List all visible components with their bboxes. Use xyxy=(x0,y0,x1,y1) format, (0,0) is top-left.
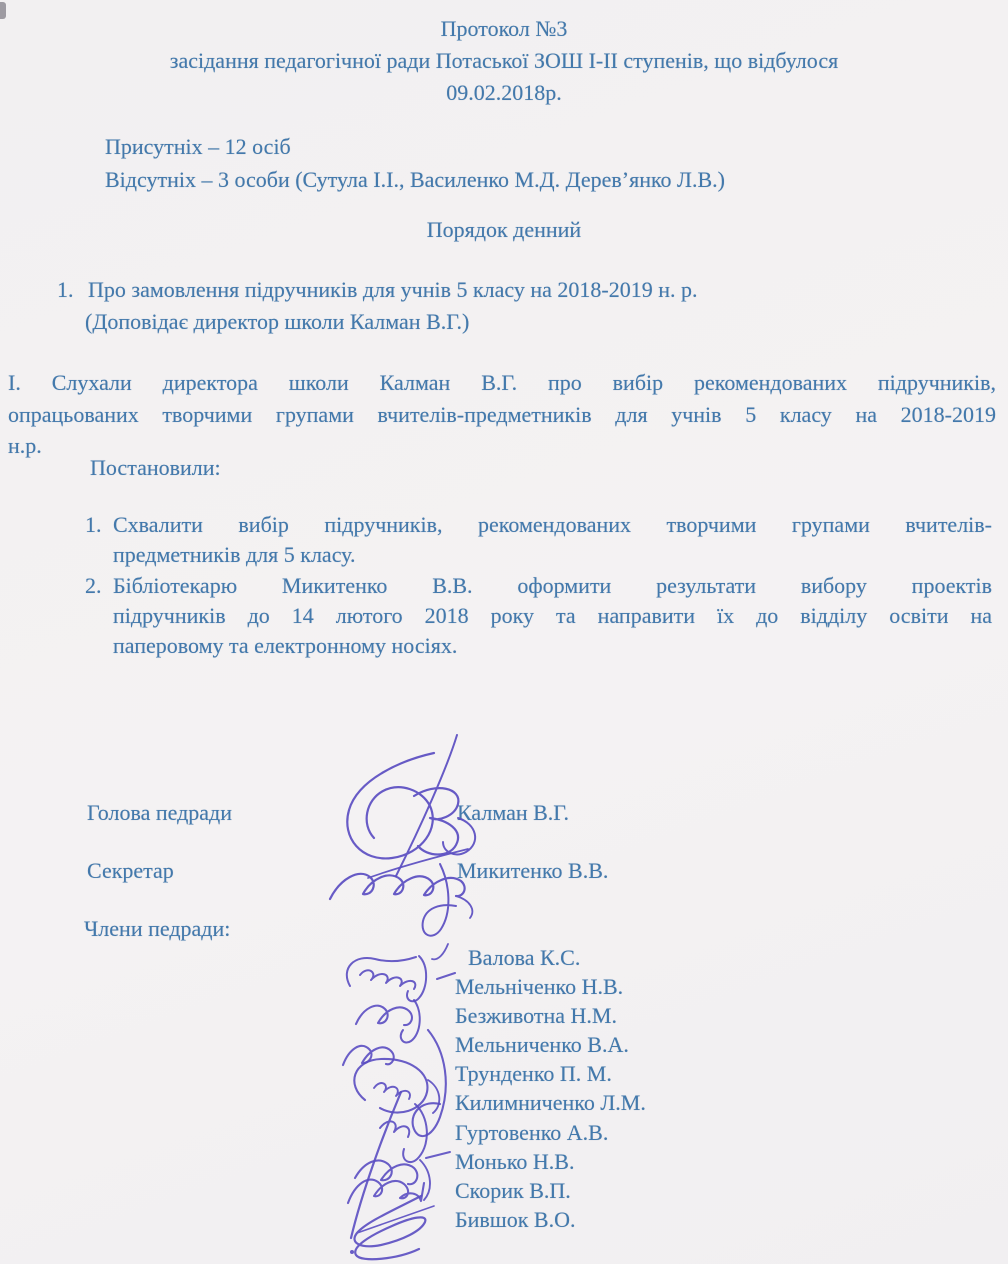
members-heading: Члени педради: xyxy=(84,916,230,942)
attendance-block: Присутніх – 12 осіб Відсутніх – 3 особи … xyxy=(105,130,725,196)
resolution-line: паперовому та електронному носіях. xyxy=(113,631,992,661)
resolution-heading: Постановили: xyxy=(90,455,221,481)
heard-line: І. Слухали директора школи Калман В.Г. п… xyxy=(8,367,996,399)
resolution-item-text: Бібліотекарю Микитенко В.В. оформити рез… xyxy=(113,571,992,662)
member-signature-bezzhyvotna xyxy=(356,1000,420,1043)
member-signature-trundenko xyxy=(354,1059,439,1113)
resolution-list: 1. Схвалити вибір підручників, рекомендо… xyxy=(85,510,992,661)
member-signature-hurtovenko xyxy=(355,1160,430,1200)
chair-name: Калман В.Г. xyxy=(457,800,569,826)
heard-line: опрацьованих творчими групами вчителів-п… xyxy=(8,399,996,431)
document-title: Протокол №3 xyxy=(0,13,1008,45)
document-header: Протокол №3 засідання педагогічної ради … xyxy=(0,13,1008,109)
attendance-absent: Відсутніх – 3 особи (Сутула І.І., Василе… xyxy=(105,163,725,196)
member-name: Монько Н.В. xyxy=(455,1147,646,1176)
agenda-item-note: (Доповідає директор школи Калман В.Г.) xyxy=(85,309,469,335)
member-name: Мельніченко Н.В. xyxy=(455,972,646,1001)
member-name: Гуртовенко А.В. xyxy=(455,1118,646,1147)
member-name: Безживотна Н.М. xyxy=(455,1001,646,1030)
resolution-line: предметників для 5 класу. xyxy=(113,540,992,570)
member-name: Килимниченко Л.М. xyxy=(455,1088,646,1117)
resolution-item-number: 1. xyxy=(85,510,113,540)
member-name: Трунденко П. М. xyxy=(455,1059,646,1088)
resolution-line: Бібліотекарю Микитенко В.В. оформити рез… xyxy=(113,571,992,601)
member-signature-kylymnychenko xyxy=(351,1092,427,1238)
member-signature-monko xyxy=(426,1152,450,1158)
resolution-line: підручників до 14 лютого 2018 року та на… xyxy=(113,601,992,631)
secretary-role-label: Секретар xyxy=(87,858,174,884)
resolution-line: Схвалити вибір підручників, рекомендован… xyxy=(113,510,992,540)
attendance-present: Присутніх – 12 осіб xyxy=(105,130,725,163)
secretary-signature xyxy=(330,849,472,936)
secretary-name: Микитенко В.В. xyxy=(457,858,608,884)
chair-signature xyxy=(347,735,475,876)
resolution-item: 1. Схвалити вибір підручників, рекомендо… xyxy=(85,510,992,571)
resolution-item: 2. Бібліотекарю Микитенко В.В. оформити … xyxy=(85,571,992,662)
agenda-item-number: 1. xyxy=(57,277,74,303)
resolution-item-text: Схвалити вибір підручників, рекомендован… xyxy=(113,510,992,571)
agenda-item-text: Про замовлення підручників для учнів 5 к… xyxy=(88,277,698,303)
member-signature-skoryk xyxy=(348,1180,424,1203)
heard-paragraph: І. Слухали директора школи Калман В.Г. п… xyxy=(8,367,996,462)
scanned-protocol-page: { "document": { "header": { "title": "Пр… xyxy=(0,0,1008,1264)
member-signature-byvshok-flourish xyxy=(350,1196,434,1259)
member-name: Мельниченко В.А. xyxy=(455,1030,646,1059)
member-name: Скорик В.П. xyxy=(455,1176,646,1205)
member-signature-melnichenko-nv xyxy=(347,944,455,1001)
member-signature-melnychenko-va xyxy=(343,1030,446,1136)
agenda-heading: Порядок денний xyxy=(0,217,1008,243)
member-name: Бившок В.О. xyxy=(455,1205,646,1234)
member-name: Валова К.С. xyxy=(455,943,646,972)
resolution-item-number: 2. xyxy=(85,571,113,601)
document-date: 09.02.2018р. xyxy=(0,77,1008,109)
members-list: Валова К.С. Мельніченко Н.В. Безживотна … xyxy=(455,943,646,1234)
document-subtitle: засідання педагогічної ради Потаської ЗО… xyxy=(0,45,1008,77)
chair-role-label: Голова педради xyxy=(87,800,232,826)
